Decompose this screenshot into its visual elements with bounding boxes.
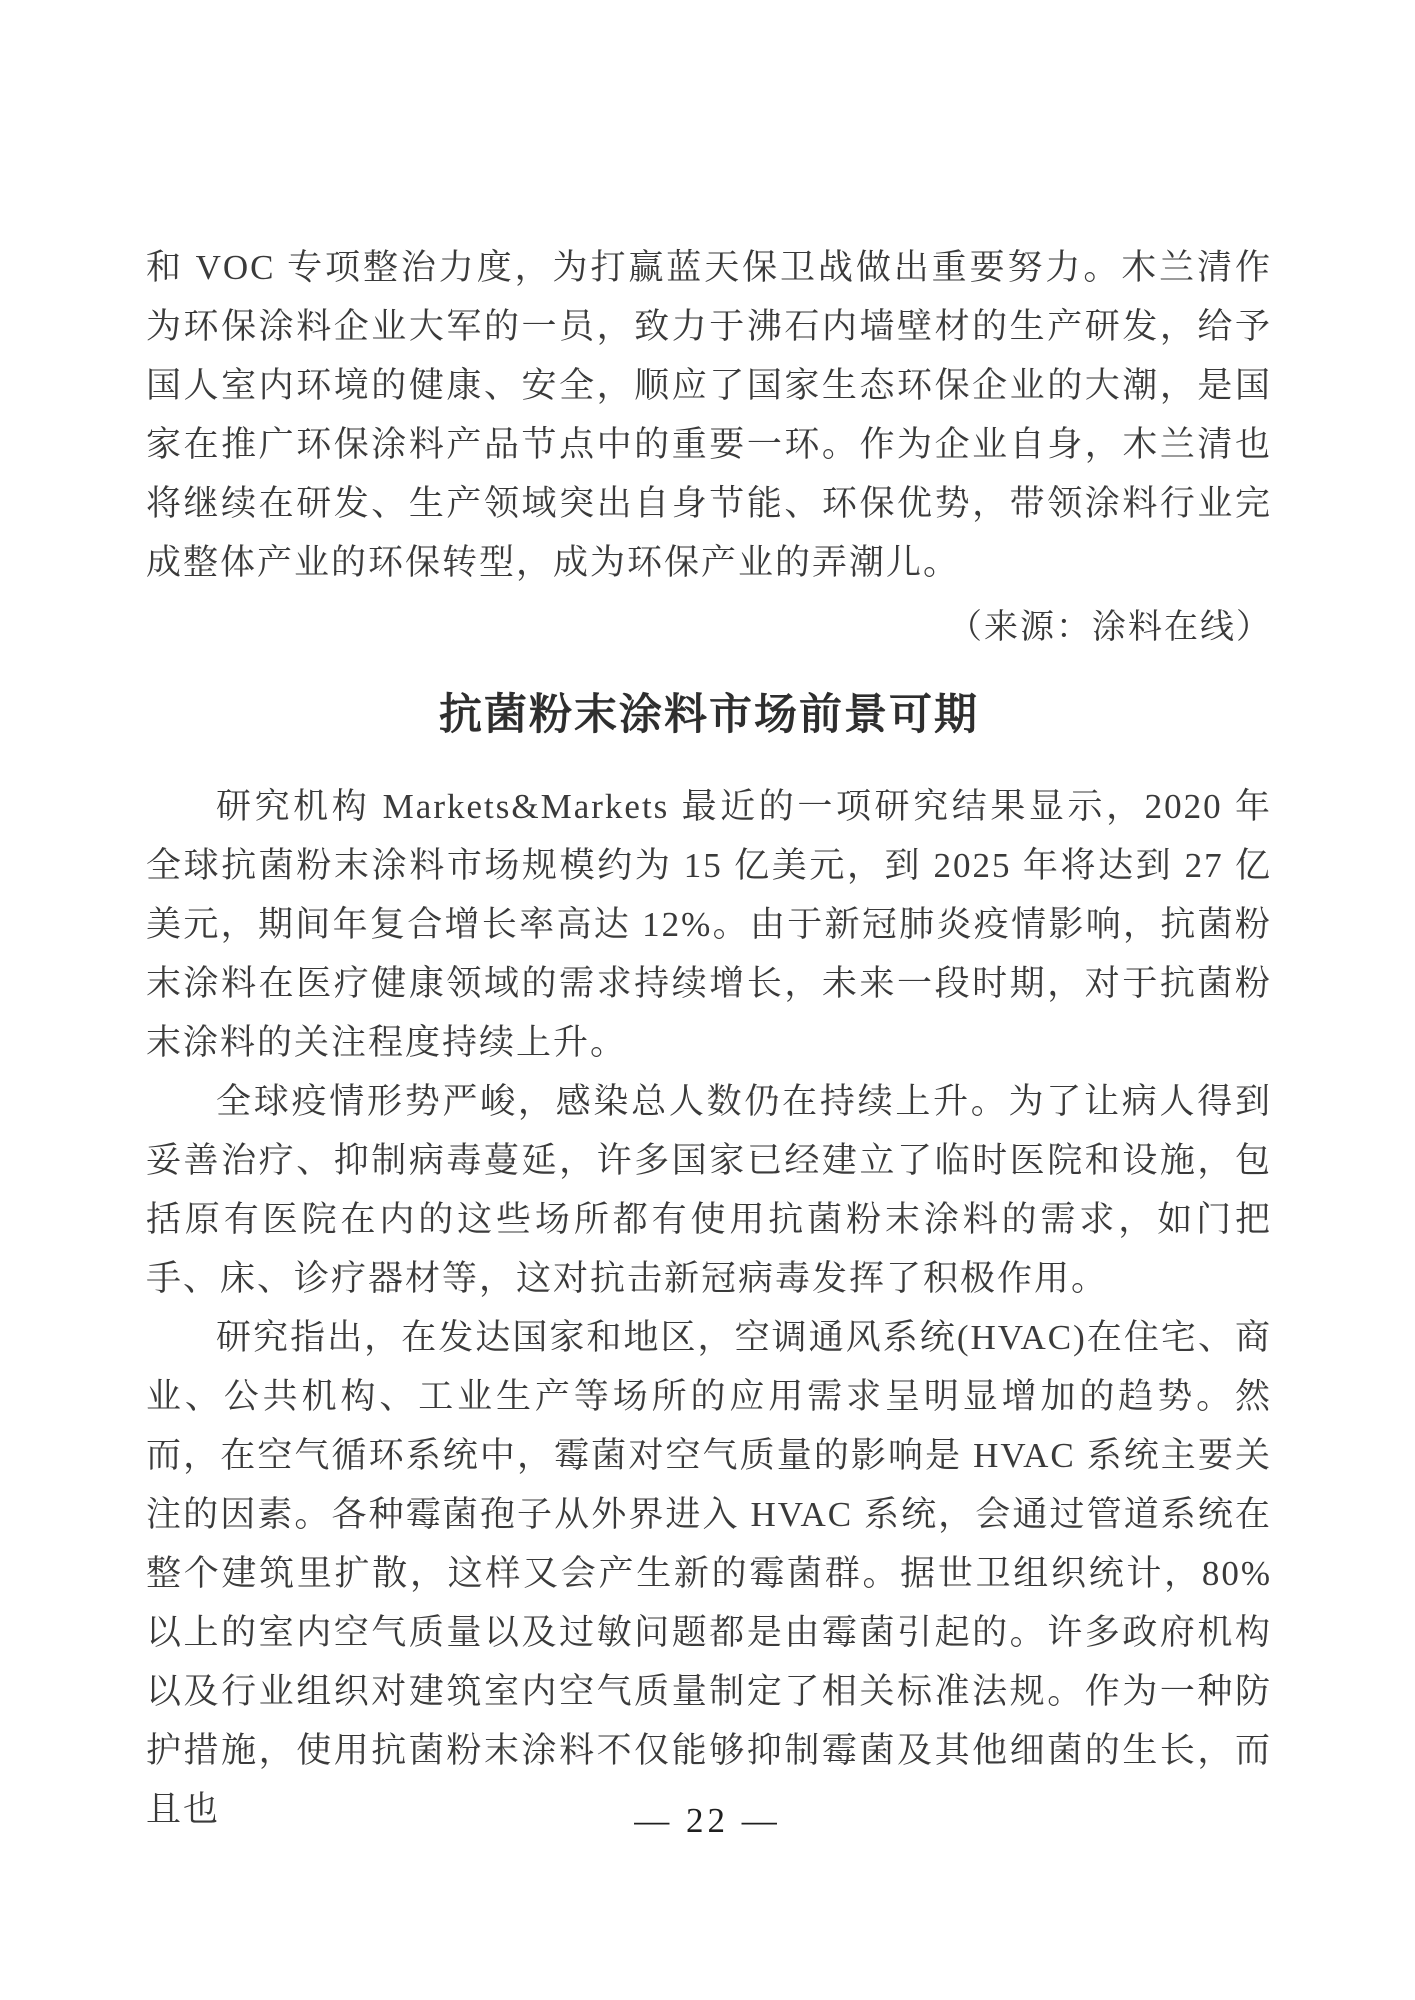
page-content: 和 VOC 专项整治力度，为打赢蓝天保卫战做出重要努力。木兰清作为环保涂料企业大…: [146, 238, 1272, 1839]
article-paragraph-2: 全球疫情形势严峻，感染总人数仍在持续上升。为了让病人得到妥善治疗、抑制病毒蔓延，…: [146, 1072, 1272, 1308]
continuation-paragraph: 和 VOC 专项整治力度，为打赢蓝天保卫战做出重要努力。木兰清作为环保涂料企业大…: [146, 238, 1272, 592]
article-title: 抗菌粉末涂料市场前景可期: [146, 685, 1272, 747]
source-attribution: （来源：涂料在线）: [146, 598, 1272, 657]
document-page: 和 VOC 专项整治力度，为打赢蓝天保卫战做出重要努力。木兰清作为环保涂料企业大…: [0, 0, 1415, 2000]
article-paragraph-3: 研究指出，在发达国家和地区，空调通风系统(HVAC)在住宅、商业、公共机构、工业…: [146, 1308, 1272, 1839]
article-paragraph-1: 研究机构 Markets&Markets 最近的一项研究结果显示，2020 年全…: [146, 777, 1272, 1072]
page-number: — 22 —: [0, 1798, 1415, 1844]
